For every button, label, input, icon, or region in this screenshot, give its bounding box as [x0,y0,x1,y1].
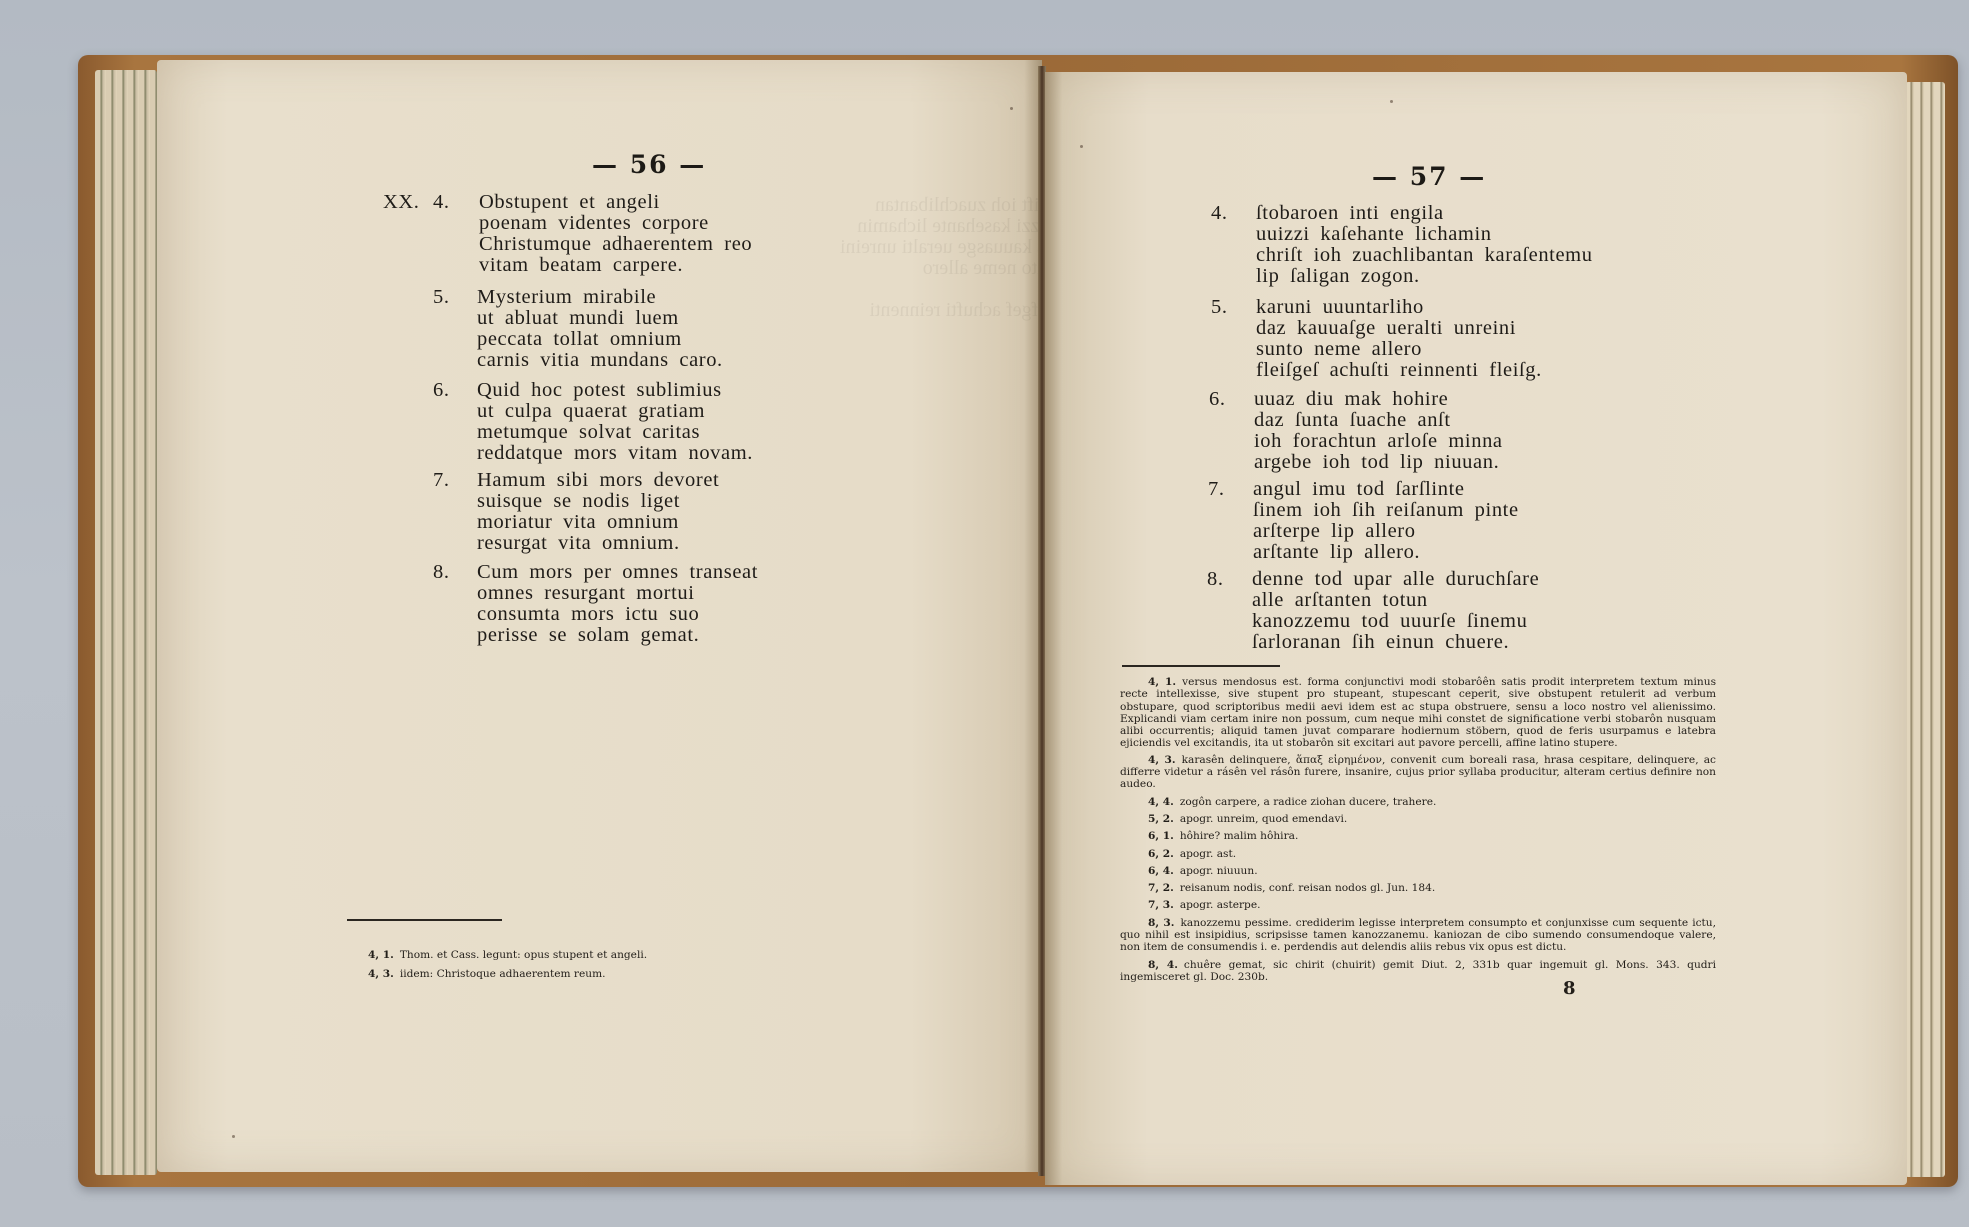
verse-line: daz kauuaſge ueralti unreini [1256,318,1542,339]
verse-number: 5. [1211,297,1228,318]
verse-line: poenam videntes corpore [479,213,752,234]
footnote: 4, 1.versus mendosus est. forma conjunct… [1120,676,1716,750]
footnote: 8, 3.kanozzemu pessime. crediderim legis… [1120,917,1716,954]
verse-lines: denne tod upar alle duruchſarealle arſta… [1252,569,1539,653]
verse-7-ohg: 7. angul imu tod ſarſlinteſinem ioh ſih … [1208,479,1628,569]
verse-line: angul imu tod ſarſlinte [1253,479,1519,500]
footnote: 4, 4.zogôn carpere, a radice ziohan duce… [1120,796,1716,808]
verse-line: chriſt ioh zuachlibantan karaſentemu [1256,245,1593,266]
verse-number: 4. [1211,203,1228,224]
verse-line: reddatque mors vitam novam. [477,443,753,464]
page-edges-right [1905,82,1945,1177]
footnote-text: hôhire? malim hôhira. [1180,830,1299,842]
footnotes-block: 4, 1.versus mendosus est. forma conjunct… [1120,676,1716,983]
footnote-text: versus mendosus est. forma conjunctivi m… [1120,676,1716,749]
verse-line: Quid hoc potest sublimius [477,380,753,401]
footnote: 4, 3.karasên delinquere, ἅπαξ εἰρημένον,… [1120,754,1716,791]
verse-8-latin: 8. Cum mors per omnes transeatomnes resu… [433,562,833,652]
verse-line: Hamum sibi mors devoret [477,470,719,491]
verse-lines: Quid hoc potest sublimiusut culpa quaera… [477,380,753,464]
footnote-text: karasên delinquere, ἅπαξ εἰρημένον, conv… [1120,754,1716,791]
verse-line: carnis vitia mundans caro. [477,350,723,371]
verse-number: 7. [1208,479,1225,500]
page-edges-left [95,70,157,1175]
verse-line: ut abluat mundi luem [477,308,723,329]
verse-line: resurgat vita omnium. [477,533,719,554]
verse-4-latin: 4. Obstupent et angelipoenam videntes co… [433,192,833,282]
verse-line: kanozzemu tod uuurſe ſinemu [1252,611,1539,632]
verse-line: metumque solvat caritas [477,422,753,443]
footnote-text: zogôn carpere, a radice ziohan ducere, t… [1180,796,1437,808]
footnote-ref: 8, 3. [1148,917,1174,929]
footnote-ref: 7, 3. [1148,899,1174,911]
footnote: 4, 1.Thom. et Cass. legunt: opus stupent… [368,949,768,961]
footnote-ref: 4, 1. [368,949,394,961]
verse-line: omnes resurgant mortui [477,583,758,604]
footnote-text: chuêre gemat, sic chirit (chuirit) gemit… [1120,959,1716,983]
verse-line: arſtante lip allero. [1253,542,1519,563]
footnote-ref: 6, 2. [1148,848,1174,860]
footnote-ref: 6, 1. [1148,830,1174,842]
verse-line: moriatur vita omnium [477,512,719,533]
footnote-ref: 7, 2. [1148,882,1174,894]
verse-line: ſarloranan ſih einun chuere. [1252,632,1539,653]
page-number-56: — 56 — [592,150,706,179]
verse-line: consumta mors ictu suo [477,604,758,625]
verse-line: Cum mors per omnes transeat [477,562,758,583]
hymn-number-label: XX. [383,191,420,213]
verse-number: 8. [1207,569,1224,590]
footnote: 6, 2.apogr. ast. [1120,848,1716,860]
footnote: 4, 3.iidem: Christoque adhaerentem reum. [368,968,768,980]
verse-number: 7. [433,470,450,491]
verse-line: ioh forachtun arloſe minna [1254,431,1503,452]
verse-line: uuizzi kaſehante lichamin [1256,224,1593,245]
footnote-text: reisanum nodis, conf. reisan nodos gl. J… [1180,882,1435,894]
verse-line: denne tod upar alle duruchſare [1252,569,1539,590]
paper-speck [1390,100,1393,103]
verse-lines: karuni uuuntarlihodaz kauuaſge ueralti u… [1256,297,1542,381]
footnote: 6, 1.hôhire? malim hôhira. [1120,830,1716,842]
verse-line: uuaz diu mak hohire [1254,389,1503,410]
footnote: 7, 3.apogr. asterpe. [1120,899,1716,911]
verse-line: ut culpa quaerat gratiam [477,401,753,422]
verse-line: sunto neme allero [1256,339,1542,360]
verse-line: ſtobaroen inti engila [1256,203,1593,224]
footnote-ref: 8, 4. [1148,959,1178,971]
verse-lines: Cum mors per omnes transeatomnes resurga… [477,562,758,646]
verse-8-ohg: 8. denne tod upar alle duruchſarealle ar… [1207,569,1627,659]
verse-4-ohg: 4. ſtobaroen inti engilauuizzi kaſehante… [1211,203,1631,293]
footnote: 7, 2.reisanum nodis, conf. reisan nodos … [1120,882,1716,894]
verse-number: 6. [433,380,450,401]
verse-line: Christumque adhaerentem reo [479,234,752,255]
verse-lines: Mysterium mirabileut abluat mundi luempe… [477,287,723,371]
verse-line: Mysterium mirabile [477,287,723,308]
verse-lines: uuaz diu mak hohiredaz ſunta ſuache anſt… [1254,389,1503,473]
footnote: 8, 4.chuêre gemat, sic chirit (chuirit) … [1120,959,1716,984]
verse-line: lip ſaligan zogon. [1256,266,1593,287]
verse-lines: Obstupent et angelipoenam videntes corpo… [479,192,752,276]
verse-line: karuni uuuntarliho [1256,297,1542,318]
footnote-separator [347,919,502,921]
verse-line: fleiſgeſ achuſti reinnenti fleiſg. [1256,360,1542,381]
verse-6-ohg: 6. uuaz diu mak hohiredaz ſunta ſuache a… [1209,389,1629,479]
verse-line: suisque se nodis liget [477,491,719,512]
footnote-ref: 4, 4. [1148,796,1174,808]
paper-speck [1010,107,1013,110]
footnote-ref: 4, 3. [368,968,394,980]
verse-line: Obstupent et angeli [479,192,752,213]
footnote-separator [1122,665,1280,667]
verse-number: 4. [433,192,450,213]
paper-speck [1080,145,1083,148]
bleed-through-text: chrift ioh zuachlibantan uuizzi kasehant… [840,195,1065,321]
footnote-ref: 4, 3. [1148,754,1176,766]
footnote-text: apogr. niuuun. [1180,865,1258,877]
verse-line: daz ſunta ſuache anſt [1254,410,1503,431]
verse-5-ohg: 5. karuni uuuntarlihodaz kauuaſge ueralt… [1211,297,1631,387]
verse-line: peccata tollat omnium [477,329,723,350]
verse-number: 6. [1209,389,1226,410]
verse-6-latin: 6. Quid hoc potest sublimiusut culpa qua… [433,380,833,470]
footnote-text: apogr. asterpe. [1180,899,1261,911]
verse-line: perisse se solam gemat. [477,625,758,646]
verse-5-latin: 5. Mysterium mirabileut abluat mundi lue… [433,287,833,377]
verse-line: ſinem ioh ſih reiſanum pinte [1253,500,1519,521]
footnote-text: apogr. unreim, quod emendavi. [1180,813,1347,825]
verse-line: alle arſtanten totun [1252,590,1539,611]
verse-line: argebe ioh tod lip niuuan. [1254,452,1503,473]
page-number-57: — 57 — [1372,162,1486,191]
footnote: 6, 4.apogr. niuuun. [1120,865,1716,877]
footnote-ref: 4, 1. [1148,676,1176,688]
hymn-number: XX. [383,192,420,213]
signature-mark: 8 [1563,978,1576,999]
footnote-text: iidem: Christoque adhaerentem reum. [400,968,606,980]
paper-speck [232,1135,235,1138]
verse-line: vitam beatam carpere. [479,255,752,276]
footnote-text: Thom. et Cass. legunt: opus stupent et a… [400,949,647,961]
verse-lines: ſtobaroen inti engilauuizzi kaſehante li… [1256,203,1593,287]
footnote-ref: 6, 4. [1148,865,1174,877]
verse-line: arſterpe lip allero [1253,521,1519,542]
verse-7-latin: 7. Hamum sibi mors devoretsuisque se nod… [433,470,833,560]
footnote: 5, 2.apogr. unreim, quod emendavi. [1120,813,1716,825]
verse-lines: Hamum sibi mors devoretsuisque se nodis … [477,470,719,554]
footnote-text: kanozzemu pessime. crediderim legisse in… [1120,917,1716,954]
verse-lines: angul imu tod ſarſlinteſinem ioh ſih rei… [1253,479,1519,563]
footnote-text: apogr. ast. [1180,848,1236,860]
verse-number: 8. [433,562,450,583]
footnote-ref: 5, 2. [1148,813,1174,825]
verse-number: 5. [433,287,450,308]
